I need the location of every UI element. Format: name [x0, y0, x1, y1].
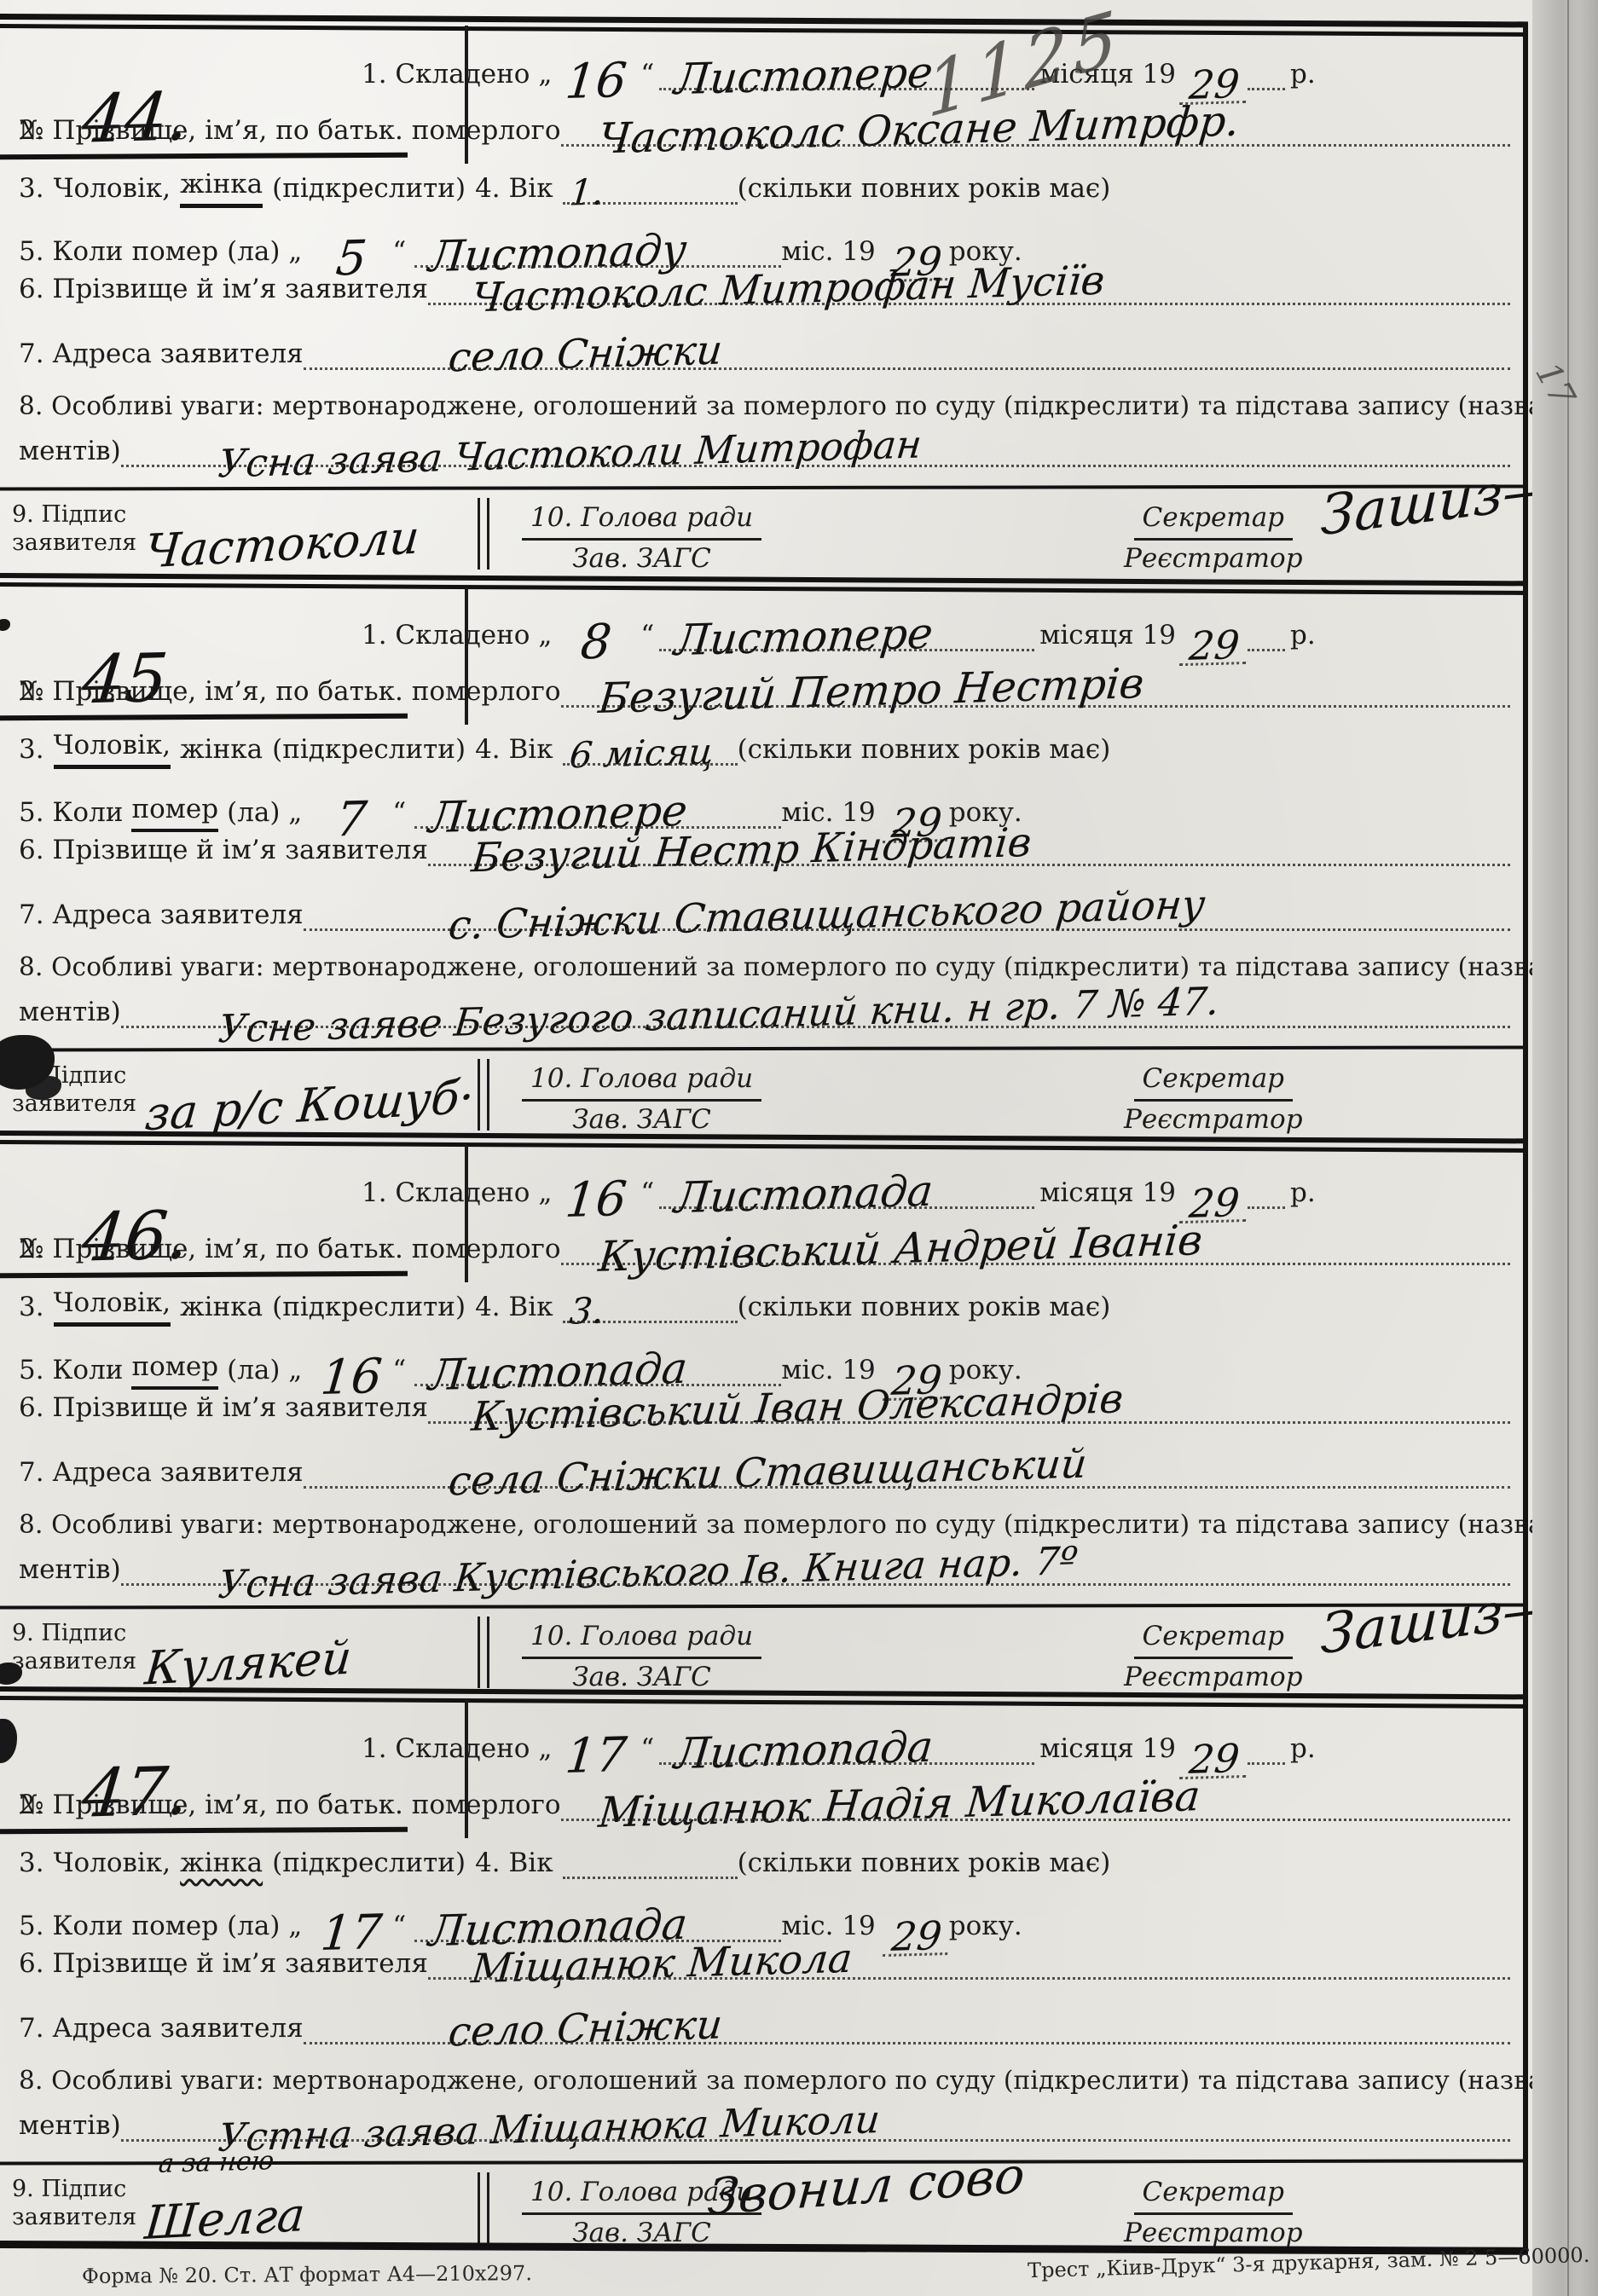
head-of-council-label: 10. Голова ради [522, 1064, 761, 1102]
secretary-label: Секретар [1134, 1064, 1294, 1102]
signature-label-line1: 9. Підпис [12, 2176, 136, 2202]
address-label: 7. Адреса заявителя [19, 339, 304, 373]
address-row: 7. Адреса заявителя с. Сніжки Ставищансь… [19, 885, 1510, 934]
applicant-line: Кустівський Іван Олександрів [428, 1378, 1510, 1427]
death-record: № 46. 1. Складено „ 16 “ Листопада місяц… [0, 1131, 1531, 1688]
composed-label: 1. Складено „ [362, 60, 552, 94]
applicant-name: Безугий Нестр Кіндратів [470, 826, 1033, 876]
deceased-row: 2. Прізвище, ім’я, по батьк. померлого М… [19, 1773, 1510, 1825]
deceased-label: 2. Прізвище, ім’я, по батьк. померлого [19, 1235, 561, 1269]
applicant-name: Кустівський Іван Олександрів [470, 1382, 1125, 1434]
sex-label-no: 3. [19, 174, 44, 208]
deceased-name: Частоколс Оксане Митрфр. [597, 104, 1241, 158]
composed-label: 1. Складено „ [362, 1178, 552, 1212]
deceased-line: Безугий Петро Нестрів [561, 660, 1510, 711]
female-option: жінка [180, 170, 263, 208]
signature-label: 9. Підпис заявителя [12, 501, 136, 556]
registrar-label: Реєстратор [1124, 2215, 1303, 2249]
composed-month-line: Листопада [659, 1717, 1034, 1768]
signature-row: 9. Підпис заявителя а за нею Шелга 10. Г… [0, 2171, 1526, 2244]
female-option: жінка [180, 1848, 263, 1882]
composed-month-line: Листопере [659, 604, 1034, 655]
address-line: с. Сніжки Ставищанського району [304, 885, 1510, 934]
remarks-row: 8. Особливі уваги: мертвонароджене, огол… [19, 394, 1514, 425]
quote-mark: “ [640, 1178, 654, 1212]
applicant-line: Безугий Нестр Кіндратів [428, 820, 1510, 870]
form-footer-left: Форма № 20. Ст. АТ формат А4—210х297. [82, 2261, 532, 2288]
applicant-row: 6. Прізвище й ім’я заявителя Частоколс М… [19, 259, 1510, 309]
remarks-label: 8. Особливі уваги: мертвонароджене, огол… [19, 2067, 1598, 2099]
composed-date-row: 1. Складено „ 8 “ Листопере місяця 19 29… [356, 604, 1476, 655]
remarks-value: Усна заява Частоколи Митрофан [217, 428, 923, 480]
applicant-signature: за р/с Кошуб· [143, 1078, 475, 1134]
signature-label: 9. Підпис заявителя [12, 1620, 136, 1674]
head-of-council-block: 10. Голова ради Зав. ЗАГС [522, 503, 761, 574]
composed-month: Листопада [673, 1172, 935, 1216]
dotted-gap [1248, 43, 1285, 94]
applicant-label: 6. Прізвище й ім’я заявителя [19, 836, 428, 870]
remarks-line: Усна заява Кустівського Ів. Книга нар. 7… [121, 1547, 1510, 1589]
age-value: 1. [568, 177, 605, 209]
number-box-rule [0, 153, 408, 160]
head-of-council-block: 10. Голова ради Зав. ЗАГС [522, 1064, 761, 1135]
applicant-signature: Частоколи [143, 518, 420, 572]
remarks-label-cont: ментів) [19, 998, 121, 1032]
composed-month-line: Листопада [659, 1161, 1034, 1212]
column-divider [478, 498, 489, 570]
registrar-label: Реєстратор [1124, 541, 1303, 575]
applicant-row: 6. Прізвище й ім’я заявителя Міщанюк Мик… [19, 1934, 1510, 1983]
quote-mark: “ [640, 1734, 654, 1768]
deceased-row: 2. Прізвище, ім’я, по батьк. померлого К… [19, 1217, 1510, 1269]
year-suffix: р. [1290, 621, 1316, 655]
head-of-council-label: 10. Голова ради [522, 1622, 761, 1659]
month-of-year-label: місяця 19 [1039, 1734, 1176, 1768]
composed-date-row: 1. Складено „ 16 “ Листопере місяця 19 2… [356, 43, 1476, 94]
underline-hint: (підкреслити) [272, 174, 466, 208]
age-label: 4. Вік [475, 174, 553, 208]
signature-label-line1: 9. Підпис [12, 1620, 136, 1646]
signature-label-line2: заявителя [12, 1090, 136, 1117]
signature-label-line2: заявителя [12, 2204, 136, 2230]
quote-mark: “ [640, 60, 654, 94]
address-line: села Сніжки Ставищанський [304, 1443, 1510, 1492]
applicant-line: Міщанюк Микола [428, 1934, 1510, 1983]
age-label: 4. Вік [475, 1848, 553, 1882]
remarks-line: Усна заява Частоколи Митрофан [121, 428, 1510, 471]
age-line: 3. [563, 1284, 738, 1327]
underline-hint: (підкреслити) [272, 735, 466, 769]
column-divider [478, 2172, 489, 2244]
composed-day: 16 [555, 61, 637, 103]
scan-margin [1532, 0, 1598, 2296]
signature-row: 9. Підпис заявителя Кулякей 10. Голова р… [0, 1615, 1526, 1688]
sex-label-no: 3. [19, 735, 44, 769]
sex-age-row: 3. Чоловік, жінка (підкреслити) 4. Вік 3… [19, 1284, 1510, 1327]
year-suffix: р. [1290, 1734, 1316, 1768]
sex-age-row: 3. Чоловік, жінка (підкреслити) 4. Вік 1… [19, 165, 1510, 208]
composed-month: Листопада [673, 1728, 935, 1772]
number-box-rule [0, 1271, 408, 1279]
dotted-gap [1248, 1717, 1285, 1768]
remarks-value: Усна заява Кустівського Ів. Книга нар. 7… [217, 1545, 1079, 1602]
secretary-block: Секретар Реєстратор [1124, 503, 1303, 574]
year-suffix: р. [1290, 1178, 1316, 1212]
deceased-row: 2. Прізвище, ім’я, по батьк. померлого Б… [19, 660, 1510, 711]
quote-mark: “ [640, 621, 654, 655]
secretary-signature: Зашиз— [1320, 1583, 1558, 1659]
age-hint: (скільки повних років має) [738, 735, 1111, 769]
death-record: № 47. 1. Складено „ 17 “ Листопада місяц… [0, 1686, 1531, 2244]
year-suffix: р. [1290, 60, 1316, 94]
deceased-label: 2. Прізвище, ім’я, по батьк. померлого [19, 116, 561, 150]
deceased-label: 2. Прізвище, ім’я, по батьк. померлого [19, 1790, 561, 1825]
secretary-signature: Зашиз— [1320, 465, 1558, 541]
registry-page: № 44. 1. Складено „ 16 “ Листопере місяц… [0, 0, 1598, 2296]
age-line [563, 1840, 738, 1882]
composed-month: Листопере [673, 615, 935, 658]
remarks-value: Усне заяве Безугого записаний кни. н гр.… [217, 985, 1220, 1045]
composed-label: 1. Складено „ [362, 621, 552, 655]
head-of-council-block: 10. Голова ради Зав. ЗАГС [522, 1622, 761, 1692]
address-row: 7. Адреса заявителя село Сніжки [19, 324, 1510, 373]
applicant-label: 6. Прізвище й ім’я заявителя [19, 1393, 428, 1427]
age-hint: (скільки повних років має) [738, 1293, 1111, 1327]
signature-label-line1: 9. Підпис [12, 501, 136, 528]
month-of-year-label: місяця 19 [1039, 1178, 1176, 1212]
signature-label-line2: заявителя [12, 1648, 136, 1674]
secretary-label: Секретар [1134, 503, 1294, 541]
address-label: 7. Адреса заявителя [19, 1458, 304, 1492]
sex-label-no: 3. [19, 1293, 44, 1327]
signature-row: 9. Підпис заявителя за р/с Кошуб· 10. Го… [0, 1057, 1526, 1131]
month-of-year-label: місяця 19 [1039, 621, 1176, 655]
female-option: жінка [180, 1293, 263, 1327]
address-row: 7. Адреса заявителя село Сніжки [19, 1998, 1510, 2048]
remarks-line: Усне заяве Безугого записаний кни. н гр.… [121, 989, 1510, 1032]
column-divider [478, 1059, 489, 1131]
remarks-label-cont: ментів) [19, 1555, 121, 1589]
deceased-line: Міщанюк Надія Миколаїва [561, 1773, 1510, 1825]
remarks-label: 8. Особливі уваги: мертвонароджене, огол… [19, 953, 1598, 986]
signature-row: 9. Підпис заявителя Частоколи 10. Голова… [0, 496, 1526, 570]
composed-day: 16 [555, 1179, 637, 1222]
applicant-name: Частоколс Митрофан Мусіїв [470, 264, 1106, 316]
address-label: 7. Адреса заявителя [19, 2014, 304, 2048]
deceased-name: Безугий Петро Нестрів [597, 666, 1145, 717]
death-record: № 44. 1. Складено „ 16 “ Листопере місяц… [0, 12, 1531, 570]
secretary-label: Секретар [1134, 2177, 1294, 2215]
sex-age-row: 3. Чоловік, жінка (підкреслити) 4. Вік 6… [19, 726, 1510, 769]
underline-hint: (підкреслити) [272, 1848, 466, 1882]
remarks-row: 8. Особливі уваги: мертвонароджене, огол… [19, 2068, 1514, 2099]
deceased-line: Частоколс Оксане Митрфр. [561, 99, 1510, 150]
secretary-label: Секретар [1134, 1622, 1294, 1659]
remarks-label: 8. Особливі уваги: мертвонароджене, огол… [19, 1511, 1598, 1543]
dotted-gap [1248, 1161, 1285, 1212]
composed-date-row: 1. Складено „ 17 “ Листопада місяця 19 2… [356, 1717, 1476, 1768]
sex-label-no: 3. [19, 1848, 44, 1882]
female-option: жінка [180, 735, 263, 769]
signature-note: а за нею [158, 2150, 275, 2175]
male-option: Чоловік, [54, 174, 171, 208]
deceased-row: 2. Прізвище, ім’я, по батьк. померлого Ч… [19, 99, 1510, 150]
age-value: 3. [568, 1296, 605, 1327]
applicant-row: 6. Прізвище й ім’я заявителя Безугий Нес… [19, 820, 1510, 870]
death-record: № 45 1. Складено „ 8 “ Листопере місяця … [0, 573, 1531, 1131]
signature-label: 9. Підпис заявителя [12, 2176, 136, 2230]
remarks-label-cont: ментів) [19, 2111, 121, 2145]
underline-hint: (підкреслити) [272, 1293, 466, 1327]
address-line: село Сніжки [304, 324, 1510, 373]
composed-day: 8 [555, 622, 637, 664]
zags-label: Зав. ЗАГС [572, 541, 711, 575]
age-label: 4. Вік [475, 735, 553, 769]
age-line: 6 місяц [563, 726, 738, 769]
composed-month: Листопере [673, 54, 935, 97]
age-hint: (скільки повних років має) [738, 174, 1111, 208]
address-value: село Сніжки [447, 334, 724, 376]
remarks-label-cont: ментів) [19, 437, 121, 471]
male-option: Чоловік, [54, 731, 171, 769]
remarks-row: 8. Особливі уваги: мертвонароджене, огол… [19, 955, 1514, 986]
remarks-continued-row: ментів) Усне заяве Безугого записаний кн… [19, 989, 1510, 1032]
age-hint: (скільки повних років має) [738, 1848, 1111, 1882]
composed-label: 1. Складено „ [362, 1734, 552, 1768]
address-row: 7. Адреса заявителя села Сніжки Ставищан… [19, 1443, 1510, 1492]
male-option: Чоловік, [54, 1288, 171, 1327]
deceased-label: 2. Прізвище, ім’я, по батьк. померлого [19, 677, 561, 711]
address-line: село Сніжки [304, 1998, 1510, 2048]
address-label: 7. Адреса заявителя [19, 900, 304, 934]
address-value: села Сніжки Ставищанський [447, 1448, 1088, 1500]
signature-label-line2: заявителя [12, 529, 136, 556]
form-right-border [1523, 22, 1528, 2247]
remarks-continued-row: ментів) Устна заява Міщанюка Миколи [19, 2102, 1510, 2145]
secretary-block: Секретар Реєстратор [1124, 1064, 1303, 1135]
address-value: село Сніжки [447, 2009, 724, 2050]
head-of-council-label: 10. Голова ради [522, 503, 761, 541]
age-line: 1. [563, 165, 738, 208]
deceased-line: Кустівський Андрей Іванів [561, 1217, 1510, 1269]
applicant-name: Міщанюк Микола [470, 1942, 854, 1987]
remarks-line: Устна заява Міщанюка Миколи [121, 2102, 1510, 2145]
number-box-rule [0, 714, 408, 721]
composed-date-row: 1. Складено „ 16 “ Листопада місяця 19 2… [356, 1161, 1476, 1212]
remarks-value: Устна заява Міщанюка Миколи [217, 2103, 881, 2154]
remarks-row: 8. Особливі уваги: мертвонароджене, огол… [19, 1512, 1514, 1543]
applicant-label: 6. Прізвище й ім’я заявителя [19, 275, 428, 309]
applicant-signature: Кулякей [143, 1639, 353, 1689]
deceased-name: Кустівський Андрей Іванів [597, 1223, 1204, 1275]
applicant-row: 6. Прізвище й ім’я заявителя Кустівський… [19, 1378, 1510, 1427]
head-signature: Звонил сово [706, 2154, 1026, 2219]
sex-age-row: 3. Чоловік, жінка (підкреслити) 4. Вік (… [19, 1840, 1510, 1882]
male-option: Чоловік, [54, 1848, 171, 1882]
dotted-gap [1248, 604, 1285, 655]
column-divider [478, 1616, 489, 1688]
page-fold-crease [1567, 0, 1569, 2296]
address-value: с. Сніжки Ставищанського району [447, 888, 1207, 944]
age-value: 6 місяц [568, 737, 715, 772]
secretary-block: Секретар Реєстратор [1124, 2177, 1303, 2248]
applicant-label: 6. Прізвище й ім’я заявителя [19, 1949, 428, 1983]
applicant-line: Частоколс Митрофан Мусіїв [428, 259, 1510, 309]
composed-day: 17 [555, 1735, 637, 1778]
secretary-block: Секретар Реєстратор [1124, 1622, 1303, 1692]
remarks-continued-row: ментів) Усна заява Кустівського Ів. Книг… [19, 1547, 1510, 1589]
number-box-rule [0, 1827, 408, 1835]
age-label: 4. Вік [475, 1293, 553, 1327]
remarks-label: 8. Особливі уваги: мертвонароджене, огол… [19, 392, 1598, 425]
remarks-continued-row: ментів) Усна заява Частоколи Митрофан [19, 428, 1510, 471]
deceased-name: Міщанюк Надія Миколаїва [597, 1778, 1201, 1830]
applicant-signature: Шелга [143, 2195, 306, 2243]
